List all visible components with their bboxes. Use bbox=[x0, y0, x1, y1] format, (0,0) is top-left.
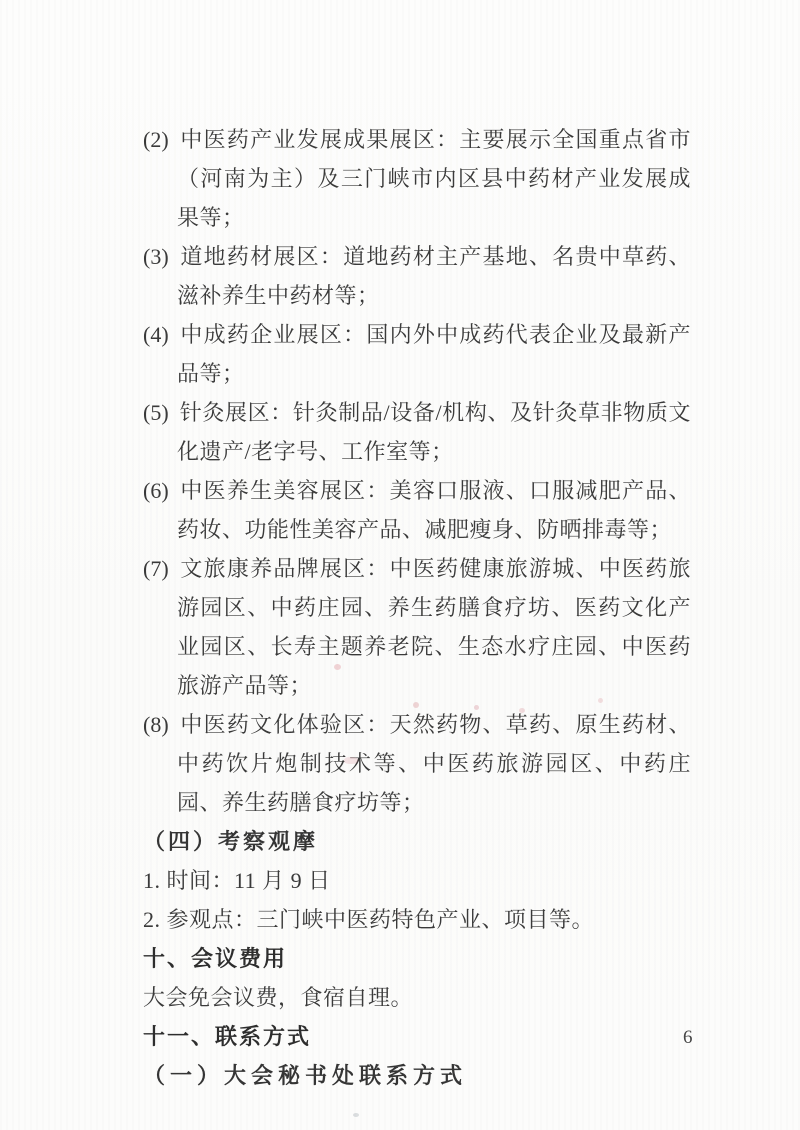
exhibit-item-8: (8)中医药文化体验区：天然药物、草药、原生药材、中药饮片炮制技术等、中医药旅游… bbox=[143, 705, 691, 822]
item-marker: (3) bbox=[143, 244, 169, 269]
item-marker: (6) bbox=[143, 478, 169, 503]
exhibit-item-3: (3)道地药材展区：道地药材主产基地、名贵中草药、滋补养生中药材等； bbox=[143, 237, 691, 315]
item-marker: (2) bbox=[143, 127, 169, 152]
contact-section-subheading: （一）大会秘书处联系方式 bbox=[143, 1056, 691, 1095]
scan-speck bbox=[353, 1113, 359, 1117]
exhibit-item-4: (4)中成药企业展区：国内外中成药代表企业及最新产品等； bbox=[143, 315, 691, 393]
document-page: (2)中医药产业发展成果展区：主要展示全国重点省市（河南为主）及三门峡市内区县中… bbox=[0, 0, 800, 1130]
item-marker: (5) bbox=[143, 400, 169, 425]
item-text: 中医药文化体验区：天然药物、草药、原生药材、中药饮片炮制技术等、中医药旅游园区、… bbox=[177, 712, 691, 815]
item-text: 道地药材展区：道地药材主产基地、名贵中草药、滋补养生中药材等； bbox=[177, 244, 691, 308]
survey-section-heading: （四）考察观摩 bbox=[143, 822, 691, 861]
exhibit-item-6: (6)中医养生美容展区：美容口服液、口服减肥产品、药妆、功能性美容产品、减肥瘦身… bbox=[143, 471, 691, 549]
item-text: 中成药企业展区：国内外中成药代表企业及最新产品等； bbox=[177, 322, 691, 386]
fee-section-body: 大会免会议费，食宿自理。 bbox=[143, 978, 691, 1017]
exhibit-item-5: (5)针灸展区：针灸制品/设备/机构、及针灸草非物质文化遗产/老字号、工作室等； bbox=[143, 393, 691, 471]
survey-sites-line: 2. 参观点：三门峡中医药特色产业、项目等。 bbox=[143, 900, 691, 939]
fee-section-heading: 十、会议费用 bbox=[143, 939, 691, 978]
item-text: 针灸展区：针灸制品/设备/机构、及针灸草非物质文化遗产/老字号、工作室等； bbox=[177, 400, 691, 464]
item-marker: (7) bbox=[143, 556, 169, 581]
item-text: 中医药产业发展成果展区：主要展示全国重点省市（河南为主）及三门峡市内区县中药材产… bbox=[177, 127, 691, 230]
exhibit-item-2: (2)中医药产业发展成果展区：主要展示全国重点省市（河南为主）及三门峡市内区县中… bbox=[143, 120, 691, 237]
item-marker: (4) bbox=[143, 322, 169, 347]
item-text: 中医养生美容展区：美容口服液、口服减肥产品、药妆、功能性美容产品、减肥瘦身、防晒… bbox=[177, 478, 691, 542]
page-number: 6 bbox=[683, 1026, 693, 1050]
document-body: (2)中医药产业发展成果展区：主要展示全国重点省市（河南为主）及三门峡市内区县中… bbox=[143, 120, 691, 1095]
survey-time-line: 1. 时间：11 月 9 日 bbox=[143, 861, 691, 900]
contact-section-heading: 十一、联系方式 bbox=[143, 1017, 691, 1056]
item-marker: (8) bbox=[143, 712, 169, 737]
item-text: 文旅康养品牌展区：中医药健康旅游城、中医药旅游园区、中药庄园、养生药膳食疗坊、医… bbox=[177, 556, 691, 698]
exhibit-item-7: (7)文旅康养品牌展区：中医药健康旅游城、中医药旅游园区、中药庄园、养生药膳食疗… bbox=[143, 549, 691, 705]
